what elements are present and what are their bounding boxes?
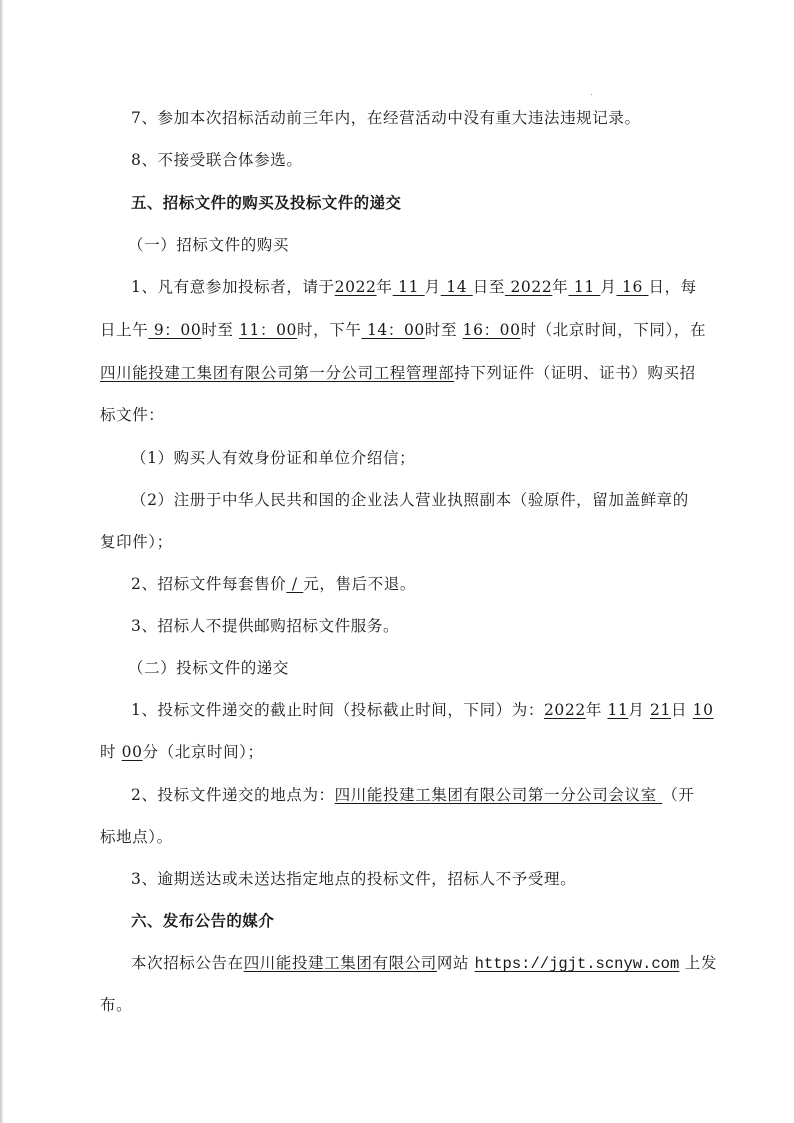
deadline-year: 2022 [544, 701, 586, 719]
deadline-hour: 10 [693, 701, 714, 719]
text: 年 [552, 278, 568, 296]
text: 分（北京时间）； [143, 743, 264, 761]
requirement-business-license-line-1: （2）注册于中华人民共和国的企业法人营业执照副本（验原件，留加盖鲜章的 [131, 490, 689, 510]
document-price-line: 2、招标文件每套售价 / 元，售后不退。 [131, 574, 416, 594]
end-year: 2022 [505, 278, 552, 296]
subsection-1-heading: （一）招标文件的购买 [128, 235, 289, 255]
requirement-business-license-line-2: 复印件）； [100, 532, 173, 552]
submission-location: 四川能投建工集团有限公司第一分公司会议室 [335, 786, 663, 804]
am-start-time: 9：00 [148, 321, 201, 339]
deadline-month: 11 [607, 701, 628, 719]
text: 时至 [425, 321, 463, 339]
text: 2、招标文件每套售价 [131, 575, 286, 593]
text: 年 [377, 278, 393, 296]
document-page: 7、参加本次招标活动前三年内，在经营活动中没有重大违法违规记录。 8、不接受联合… [0, 0, 794, 1123]
text: 月 [600, 278, 616, 296]
text: 1、凡有意参加投标者，请于 [131, 278, 335, 296]
text: （开 [662, 786, 694, 804]
text: 元，售后不退。 [303, 575, 416, 593]
text: 时（北京时间，下同），在 [521, 321, 706, 339]
pm-end-time: 16：00 [463, 321, 521, 339]
pm-start-time: 14：00 [361, 321, 424, 339]
text: 2、投标文件递交的地点为： [131, 786, 335, 804]
text: 网站 [437, 954, 475, 972]
submission-location-line-1: 2、投标文件递交的地点为：四川能投建工集团有限公司第一分公司会议室 （开 [131, 785, 694, 805]
requirement-id-letter: （1）购买人有效身份证和单位介绍信； [131, 448, 415, 468]
text: 时至 [201, 321, 239, 339]
text: 日，每 [648, 278, 696, 296]
section-5-heading: 五、招标文件的购买及投标文件的递交 [131, 193, 401, 213]
requirement-item-7: 7、参加本次招标活动前三年内，在经营活动中没有重大违法违规记录。 [131, 108, 641, 128]
end-day: 16 [617, 278, 649, 296]
am-end-time: 11：00 [239, 321, 297, 339]
purchase-period-line-1: 1、凡有意参加投标者，请于2022年 11 月 14 日至 2022年 11 月… [131, 277, 697, 297]
text: 日至 [473, 278, 505, 296]
text: 本次招标公告在 [131, 954, 244, 972]
purchase-period-line-2: 日上午 9：00时至 11：00时，下午 14：00时至 16：00时（北京时间… [100, 320, 706, 340]
publication-line-2: 布。 [100, 995, 132, 1015]
requirement-item-8: 8、不接受联合体参选。 [131, 150, 302, 170]
text: 时 [100, 743, 122, 761]
publisher-name: 四川能投建工集团有限公司 [244, 954, 437, 972]
text: 日 [671, 701, 693, 719]
start-month: 11 [393, 278, 425, 296]
purchase-line-4: 标文件： [100, 405, 164, 425]
purchase-location: 四川能投建工集团有限公司第一分公司工程管理部 [100, 364, 454, 382]
publication-line-1: 本次招标公告在四川能投建工集团有限公司网站 https://jgjt.scnyw… [131, 953, 717, 974]
publication-url-link[interactable]: https://jgjt.scnyw.com [475, 955, 680, 973]
end-month: 11 [568, 278, 600, 296]
text: 持下列证件（证明、证书）购买招 [454, 364, 696, 382]
text: 上发 [679, 954, 717, 972]
section-6-heading: 六、发布公告的媒介 [131, 911, 274, 931]
document-price: / [286, 575, 303, 593]
text: 1、投标文件递交的截止时间（投标截止时间，下同）为： [131, 701, 544, 719]
text: 月 [628, 701, 650, 719]
deadline-day: 21 [650, 701, 671, 719]
no-mail-order-line: 3、招标人不提供邮购招标文件服务。 [131, 616, 399, 636]
text: 月 [425, 278, 441, 296]
start-day: 14 [441, 278, 473, 296]
start-year: 2022 [335, 278, 377, 296]
text: 年 [586, 701, 608, 719]
deadline-line-1: 1、投标文件递交的截止时间（投标截止时间，下同）为：2022年 11月 21日 … [131, 700, 714, 720]
late-submission-line: 3、逾期送达或未送达指定地点的投标文件，招标人不予受理。 [131, 869, 576, 889]
text: 日上午 [100, 321, 148, 339]
text: 时，下午 [297, 321, 361, 339]
purchase-location-line: 四川能投建工集团有限公司第一分公司工程管理部持下列证件（证明、证书）购买招 [100, 363, 696, 383]
submission-location-line-2: 标地点）。 [100, 827, 173, 847]
subsection-2-heading: （二）投标文件的递交 [128, 658, 289, 678]
deadline-minute: 00 [122, 743, 143, 761]
deadline-line-2: 时 00分（北京时间）； [100, 742, 264, 762]
